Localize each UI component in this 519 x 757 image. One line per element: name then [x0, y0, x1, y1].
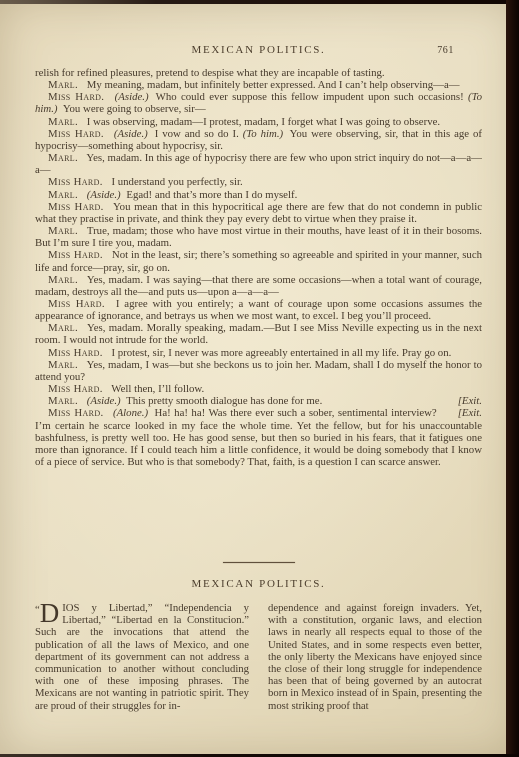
book-page-scan: MEXICAN POLITICS. 761 relish for refined…	[0, 0, 519, 757]
scan-edge-top	[0, 0, 519, 4]
speech-text: I vow and so do I.	[155, 128, 239, 140]
stage-direction: (To him.)	[243, 128, 283, 140]
speaker-name: Marl.	[48, 274, 78, 286]
speaker-name: Miss Hard.	[48, 347, 103, 359]
speaker-name: Marl.	[48, 79, 78, 91]
speaker-name: Marl.	[48, 225, 78, 237]
dialogue-paragraph: relish for refined pleasures, pretend to…	[35, 67, 482, 79]
speech-text: My meaning, madam, but infinitely better…	[87, 79, 460, 91]
article-columns: “DIOS y Libertad,” “Independencia y Libe…	[35, 602, 482, 712]
dialogue-paragraph: Miss Hard. I protest, sir, I never was m…	[35, 347, 482, 359]
speech-text: I protest, sir, I never was more agreeab…	[111, 347, 451, 359]
stage-direction: (Aside.)	[87, 189, 121, 201]
speech-text: This pretty smooth dialogue has done for…	[126, 395, 322, 407]
speech-text: Yes, madam. In this age of hypocrisy the…	[35, 152, 482, 176]
dialogue-paragraph: Miss Hard. Well then, I’ll follow.	[35, 383, 482, 395]
dialogue-paragraph: [Exit.Marl. (Aside.) This pretty smooth …	[35, 395, 482, 407]
dialogue-paragraph: Marl. Yes, madam. I was saying—that ther…	[35, 274, 482, 298]
speaker-name: Marl.	[48, 116, 78, 128]
speech-text: Who could ever suppose this fellow impud…	[156, 91, 464, 103]
dialogue-paragraph: Marl. Yes, madam, I was—but she beckons …	[35, 359, 482, 383]
speech-text: I was observing, madam—I protest, madam,…	[87, 116, 440, 128]
speaker-name: Marl.	[48, 189, 78, 201]
speaker-name: Marl.	[48, 322, 78, 334]
speaker-name: Miss Hard.	[48, 249, 103, 261]
section-divider	[223, 562, 295, 563]
dropcap: “D	[35, 602, 62, 625]
article-right-body: dependence and against foreign invaders.…	[268, 602, 482, 712]
stage-direction: (Aside.)	[87, 395, 121, 407]
dialogue-paragraph: Miss Hard. I understand you perfectly, s…	[35, 176, 482, 188]
dialogue-paragraph: Miss Hard. (Aside.) Who could ever suppo…	[35, 91, 482, 115]
speech-text: I understand you perfectly, sir.	[111, 176, 242, 188]
dropcap-letter: D	[40, 598, 60, 628]
dialogue-paragraph: Miss Hard. (Aside.) I vow and so do I. (…	[35, 128, 482, 152]
running-head: MEXICAN POLITICS. 761	[35, 44, 482, 58]
speaker-name: Miss Hard.	[48, 128, 104, 140]
scan-edge-right	[506, 0, 519, 757]
running-head-title: MEXICAN POLITICS.	[35, 44, 482, 56]
speech-text: True, madam; those who have most virtue …	[35, 225, 482, 249]
dialogue-paragraph: Miss Hard. Not in the least, sir; there’…	[35, 249, 482, 273]
speaker-name: Miss Hard.	[48, 201, 104, 213]
speaker-name: Marl.	[48, 359, 78, 371]
speech-text: Well then, I’ll follow.	[111, 383, 204, 395]
dialogue-paragraph: Marl. (Aside.) Egad! and that’s more tha…	[35, 189, 482, 201]
dialogue-paragraph: Marl. True, madam; those who have most v…	[35, 225, 482, 249]
dropcap-quote: “	[35, 604, 40, 616]
page-number: 761	[437, 45, 454, 56]
article-left-body: IOS y Libertad,” “Independencia y Libert…	[35, 602, 249, 712]
speaker-name: Marl.	[48, 152, 78, 164]
speaker-name: Miss Hard.	[48, 176, 103, 188]
article-left-text: “DIOS y Libertad,” “Independencia y Libe…	[35, 602, 249, 712]
dialogue-paragraph: Marl. Yes, madam. In this age of hypocri…	[35, 152, 482, 176]
speech-text: You were going to observe, sir—	[63, 103, 206, 115]
page-content: MEXICAN POLITICS. 761 relish for refined…	[35, 44, 482, 712]
dialogue: relish for refined pleasures, pretend to…	[35, 67, 482, 556]
article-title: MEXICAN POLITICS.	[35, 578, 482, 590]
speaker-name: Miss Hard.	[48, 383, 103, 395]
dialogue-paragraph: Marl. I was observing, madam—I protest, …	[35, 116, 482, 128]
speech-text: Egad! and that’s more than I do myself.	[126, 189, 297, 201]
speech-text: Yes, madam. I was saying—that there are …	[35, 274, 482, 298]
dialogue-paragraph: Marl. Yes, madam. Morally speaking, mada…	[35, 322, 482, 346]
speech-text: Yes, madam, I was—but she beckons us to …	[35, 359, 482, 383]
speaker-name: Marl.	[48, 395, 78, 407]
dialogue-paragraph: [Exit.Miss Hard. (Alone.) Ha! ha! ha! Wa…	[35, 407, 482, 468]
article-right-text: dependence and against foreign invaders.…	[268, 602, 482, 712]
speaker-name: Miss Hard.	[48, 91, 104, 103]
speaker-name: Miss Hard.	[48, 407, 104, 419]
article-column-right: dependence and against foreign invaders.…	[268, 602, 482, 712]
speech-text: Yes, madam. Morally speaking, madam.—But…	[35, 322, 482, 346]
stage-direction: (Aside.)	[115, 91, 149, 103]
stage-direction: (Aside.)	[114, 128, 148, 140]
article-column-left: “DIOS y Libertad,” “Independencia y Libe…	[35, 602, 249, 712]
exit-direction: [Exit.	[445, 407, 482, 419]
speaker-name: Miss Hard.	[48, 298, 105, 310]
exit-direction: [Exit.	[445, 395, 482, 407]
dialogue-paragraph: Miss Hard. You mean that in this hypocri…	[35, 201, 482, 225]
dialogue-paragraph: Marl. My meaning, madam, but infinitely …	[35, 79, 482, 91]
dialogue-paragraph: Miss Hard. I agree with you entirely; a …	[35, 298, 482, 322]
speech-text: relish for refined pleasures, pretend to…	[35, 67, 385, 79]
stage-direction: (Alone.)	[113, 407, 148, 419]
